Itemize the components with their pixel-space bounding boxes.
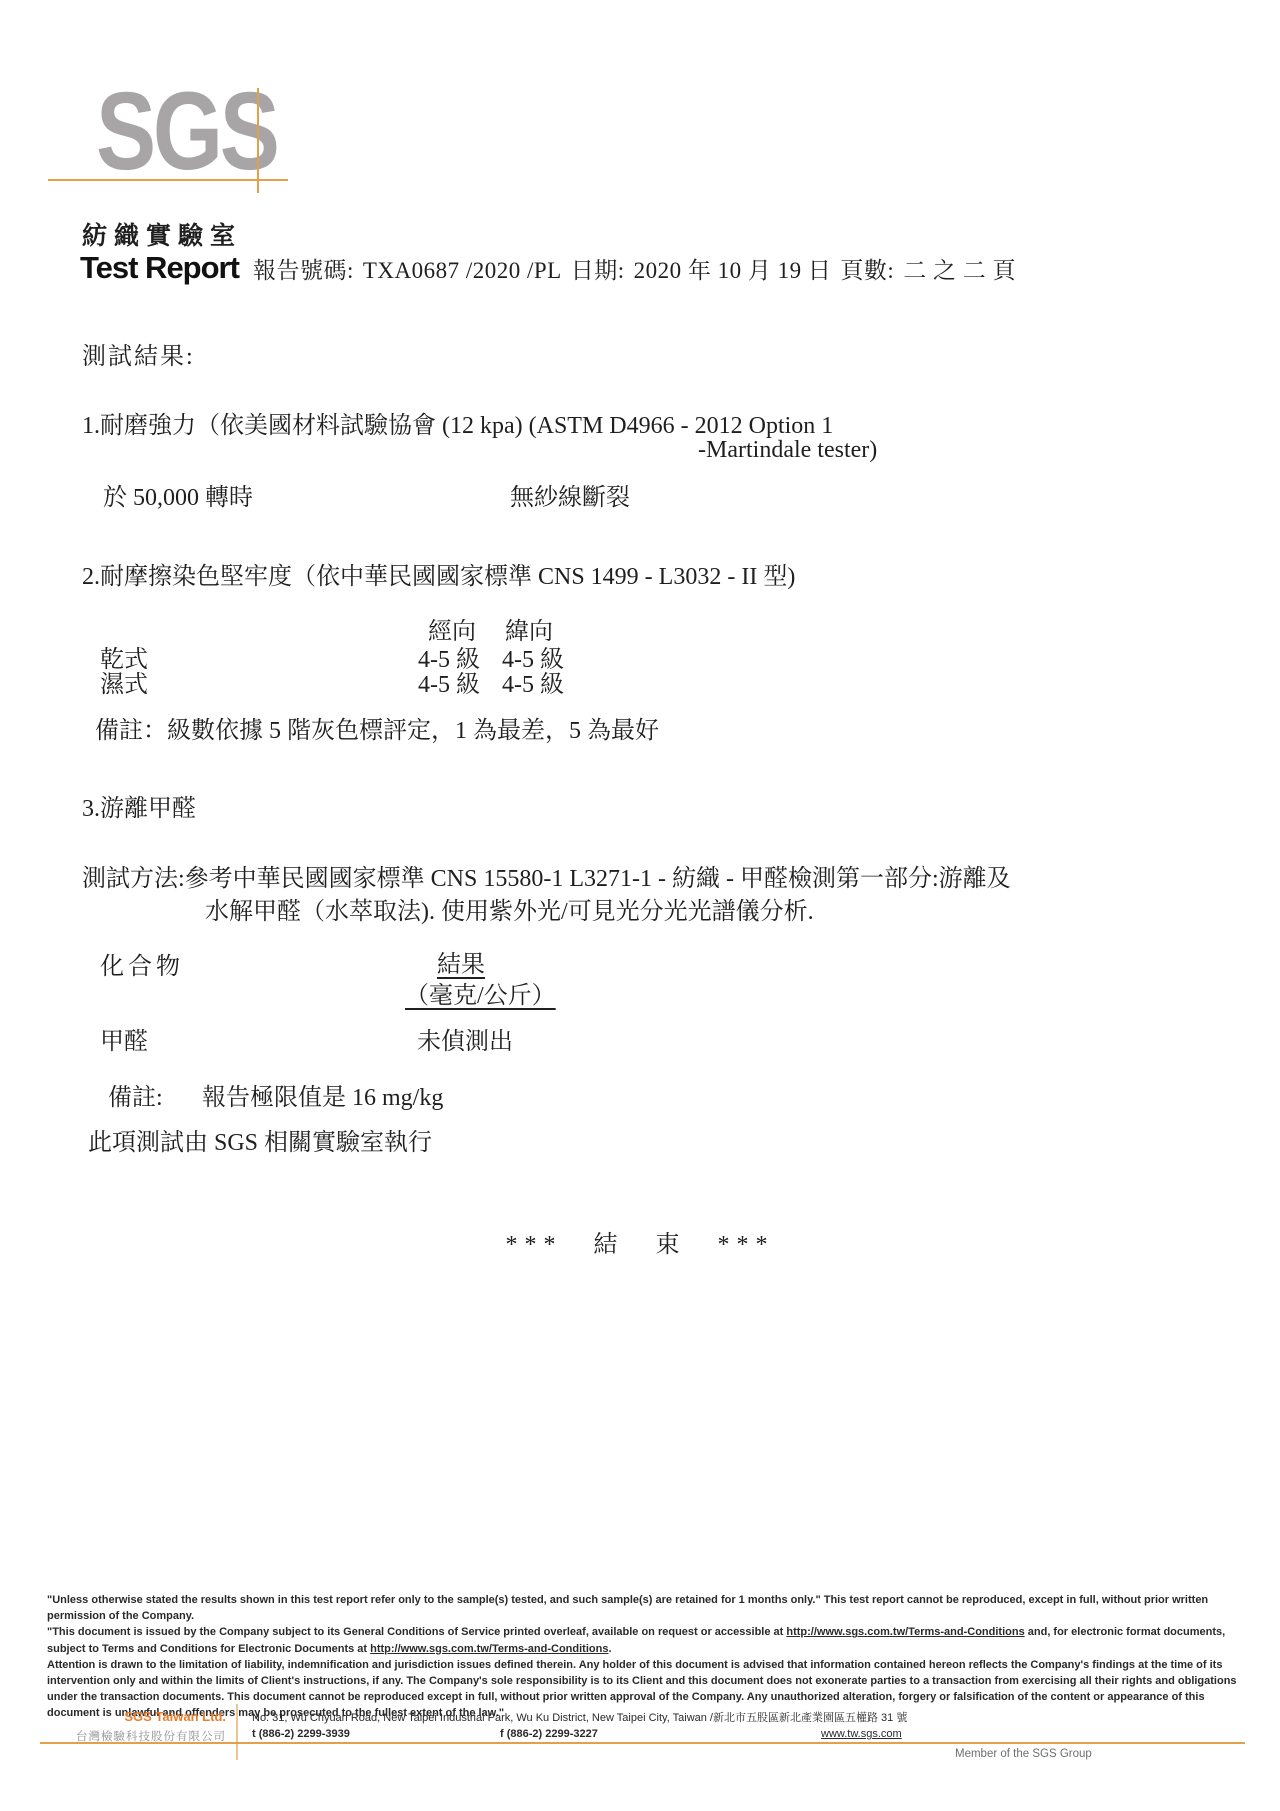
company-phone: t (886-2) 2299-3939 xyxy=(252,1728,350,1740)
company-name-en: SGS Taiwan Ltd. xyxy=(40,1709,226,1724)
end-of-report-mark: *** 結 束 *** xyxy=(0,1224,1280,1259)
logo-crosshair-vertical xyxy=(257,88,259,193)
section2-note: 備註：級數依據 5 階灰色標評定，1 為最差，5 為最好 xyxy=(95,710,659,745)
section3-note: 報告極限值是 16 mg/kg xyxy=(202,1077,443,1112)
terms-link-2[interactable]: http://www.sgs.com.tw/Terms-and-Conditio… xyxy=(370,1643,608,1655)
section3-method-line2: 水解甲醛（水萃取法). 使用紫外光/可見光分光光譜儀分析. xyxy=(205,891,814,926)
lab-name: 紡織實驗室 xyxy=(82,216,242,252)
logo-crosshair-horizontal xyxy=(48,179,288,181)
results-heading: 測試結果: xyxy=(82,336,195,371)
report-no-value: TXA0687 /2020 /PL xyxy=(363,258,562,284)
report-date-value: 2020 年 10 月 19 日 xyxy=(634,252,832,285)
disclaimer-paragraph-2a: "This document is issued by the Company … xyxy=(47,1626,786,1638)
report-pages-label: 頁數: xyxy=(840,252,894,285)
footer-orange-rule xyxy=(40,1742,1245,1744)
footer-divider-line xyxy=(236,1704,238,1760)
report-title: Test Report xyxy=(80,250,239,286)
section1-title-line2: -Martindale tester) xyxy=(698,437,877,464)
section3-compound-label: 化合物 xyxy=(100,946,184,981)
sgs-group-membership: Member of the SGS Group xyxy=(955,1748,1092,1760)
section1-title-line1: 1.耐磨強力（依美國材料試驗協會 (12 kpa) (ASTM D4966 - … xyxy=(82,405,833,440)
company-fax: f (886-2) 2299-3227 xyxy=(500,1728,598,1740)
section3-note-label: 備註: xyxy=(108,1077,163,1112)
report-date-label: 日期: xyxy=(571,252,625,285)
section2-row-wet-weft: 4-5 級 xyxy=(502,664,564,699)
section2-row-wet-label: 濕式 xyxy=(100,664,148,699)
report-header-row: Test Report 報告號碼: TXA0687 /2020 /PL 日期: … xyxy=(80,250,1016,286)
terms-link-1[interactable]: http://www.sgs.com.tw/Terms-and-Conditio… xyxy=(786,1626,1024,1638)
section3-method-line1: 測試方法:參考中華民國國家標準 CNS 15580-1 L3271-1 - 紡織… xyxy=(82,858,1011,893)
disclaimer-paragraph-1: "Unless otherwise stated the results sho… xyxy=(47,1594,1208,1622)
section2-row-wet-warp: 4-5 級 xyxy=(418,664,480,699)
section3-result-unit: （毫克/公斤） xyxy=(405,975,556,1010)
disclaimer-paragraph-2c: . xyxy=(608,1643,611,1655)
report-no-label: 報告號碼: xyxy=(253,252,354,285)
company-address: No. 31, Wu Chyuan Road, New Taipei Indus… xyxy=(252,1709,907,1725)
report-meta: 報告號碼: TXA0687 /2020 /PL 日期: 2020 年 10 月 … xyxy=(253,252,1016,285)
section3-title: 3.游離甲醛 xyxy=(82,788,196,823)
sgs-logo: SGS xyxy=(96,84,277,180)
section1-result: 無紗線斷裂 xyxy=(510,477,630,512)
footer-disclaimer: "Unless otherwise stated the results sho… xyxy=(47,1592,1243,1722)
company-website-link[interactable]: www.tw.sgs.com xyxy=(821,1728,902,1740)
section3-compound-value: 甲醛 xyxy=(100,1021,148,1056)
lab-execution-note: 此項測試由 SGS 相關實驗室執行 xyxy=(88,1122,432,1157)
section2-title: 2.耐摩擦染色堅牢度（依中華民國國家標準 CNS 1499 - L3032 - … xyxy=(82,556,795,591)
section3-result-value: 未偵測出 xyxy=(417,1021,513,1056)
section1-condition: 於 50,000 轉時 xyxy=(103,477,253,512)
section3-result-label: 結果 xyxy=(437,944,485,979)
report-pages-value: 二 之 二 頁 xyxy=(903,252,1016,285)
test-report-page: SGS 紡織實驗室 Test Report 報告號碼: TXA0687 /202… xyxy=(0,0,1280,1811)
